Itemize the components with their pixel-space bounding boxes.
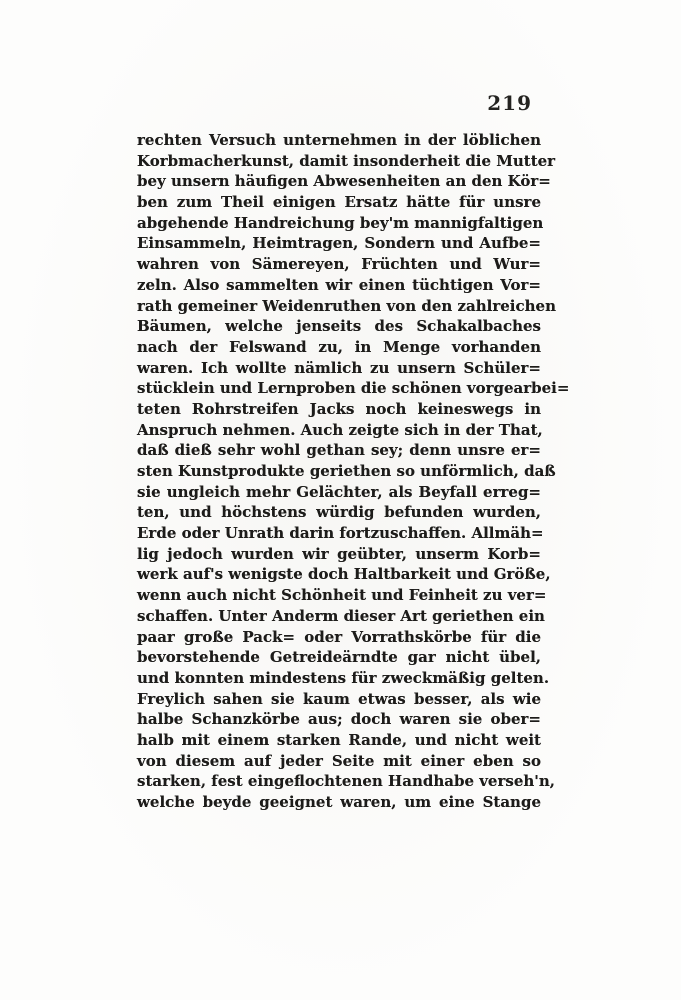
text-line: teten Rohrstreifen Jacks noch keineswegs… — [137, 399, 541, 420]
text-line: zeln. Also sammelten wir einen tüchtigen… — [137, 275, 541, 296]
text-line: Bäumen, welche jenseits des Schakalbache… — [137, 316, 541, 337]
book-page: 219 rechten Versuch unternehmen in der l… — [0, 0, 681, 1000]
text-line: sten Kunstprodukte geriethen so unförmli… — [137, 461, 541, 482]
text-line: und konnten mindestens für zweckmäßig ge… — [137, 668, 541, 689]
text-line: waren. Ich wollte nämlich zu unsern Schü… — [137, 358, 541, 379]
text-line: wahren von Sämereyen, Früchten und Wur= — [137, 254, 541, 275]
body-text: rechten Versuch unternehmen in der löbli… — [137, 130, 541, 813]
text-line: stücklein und Lernproben die schönen vor… — [137, 378, 541, 399]
text-line: rechten Versuch unternehmen in der löbli… — [137, 130, 541, 151]
text-line: Einsammeln, Heimtragen, Sondern und Aufb… — [137, 233, 541, 254]
text-line: abgehende Handreichung bey'm mannigfalti… — [137, 213, 541, 234]
text-line: ten, und höchstens würdig befunden wurde… — [137, 502, 541, 523]
text-line: halbe Schanzkörbe aus; doch waren sie ob… — [137, 709, 541, 730]
text-line: starken, fest eingeflochtenen Handhabe v… — [137, 771, 541, 792]
text-line: wenn auch nicht Schönheit und Feinheit z… — [137, 585, 541, 606]
text-line: von diesem auf jeder Seite mit einer ebe… — [137, 751, 541, 772]
text-line: werk auf's wenigste doch Haltbarkeit und… — [137, 564, 541, 585]
text-line: Korbmacherkunst, damit insonderheit die … — [137, 151, 541, 172]
text-line: Freylich sahen sie kaum etwas besser, al… — [137, 689, 541, 710]
text-line: daß dieß sehr wohl gethan sey; denn unsr… — [137, 440, 541, 461]
text-line: ben zum Theil einigen Ersatz hätte für u… — [137, 192, 541, 213]
text-line: welche beyde geeignet waren, um eine Sta… — [137, 792, 541, 813]
text-line: bey unsern häufigen Abwesenheiten an den… — [137, 171, 541, 192]
text-line: bevorstehende Getreideärndte gar nicht ü… — [137, 647, 541, 668]
text-line: lig jedoch wurden wir geübter, unserm Ko… — [137, 544, 541, 565]
text-line: sie ungleich mehr Gelächter, als Beyfall… — [137, 482, 541, 503]
text-line: Erde oder Unrath darin fortzuschaffen. A… — [137, 523, 541, 544]
text-line: nach der Felswand zu, in Menge vorhanden — [137, 337, 541, 358]
text-line: rath gemeiner Weidenruthen von den zahlr… — [137, 296, 541, 317]
text-line: schaffen. Unter Anderm dieser Art geriet… — [137, 606, 541, 627]
text-line: Anspruch nehmen. Auch zeigte sich in der… — [137, 420, 541, 441]
page-number: 219 — [487, 91, 532, 115]
text-line: halb mit einem starken Rande, und nicht … — [137, 730, 541, 751]
text-line: paar große Pack= oder Vorrathskörbe für … — [137, 627, 541, 648]
